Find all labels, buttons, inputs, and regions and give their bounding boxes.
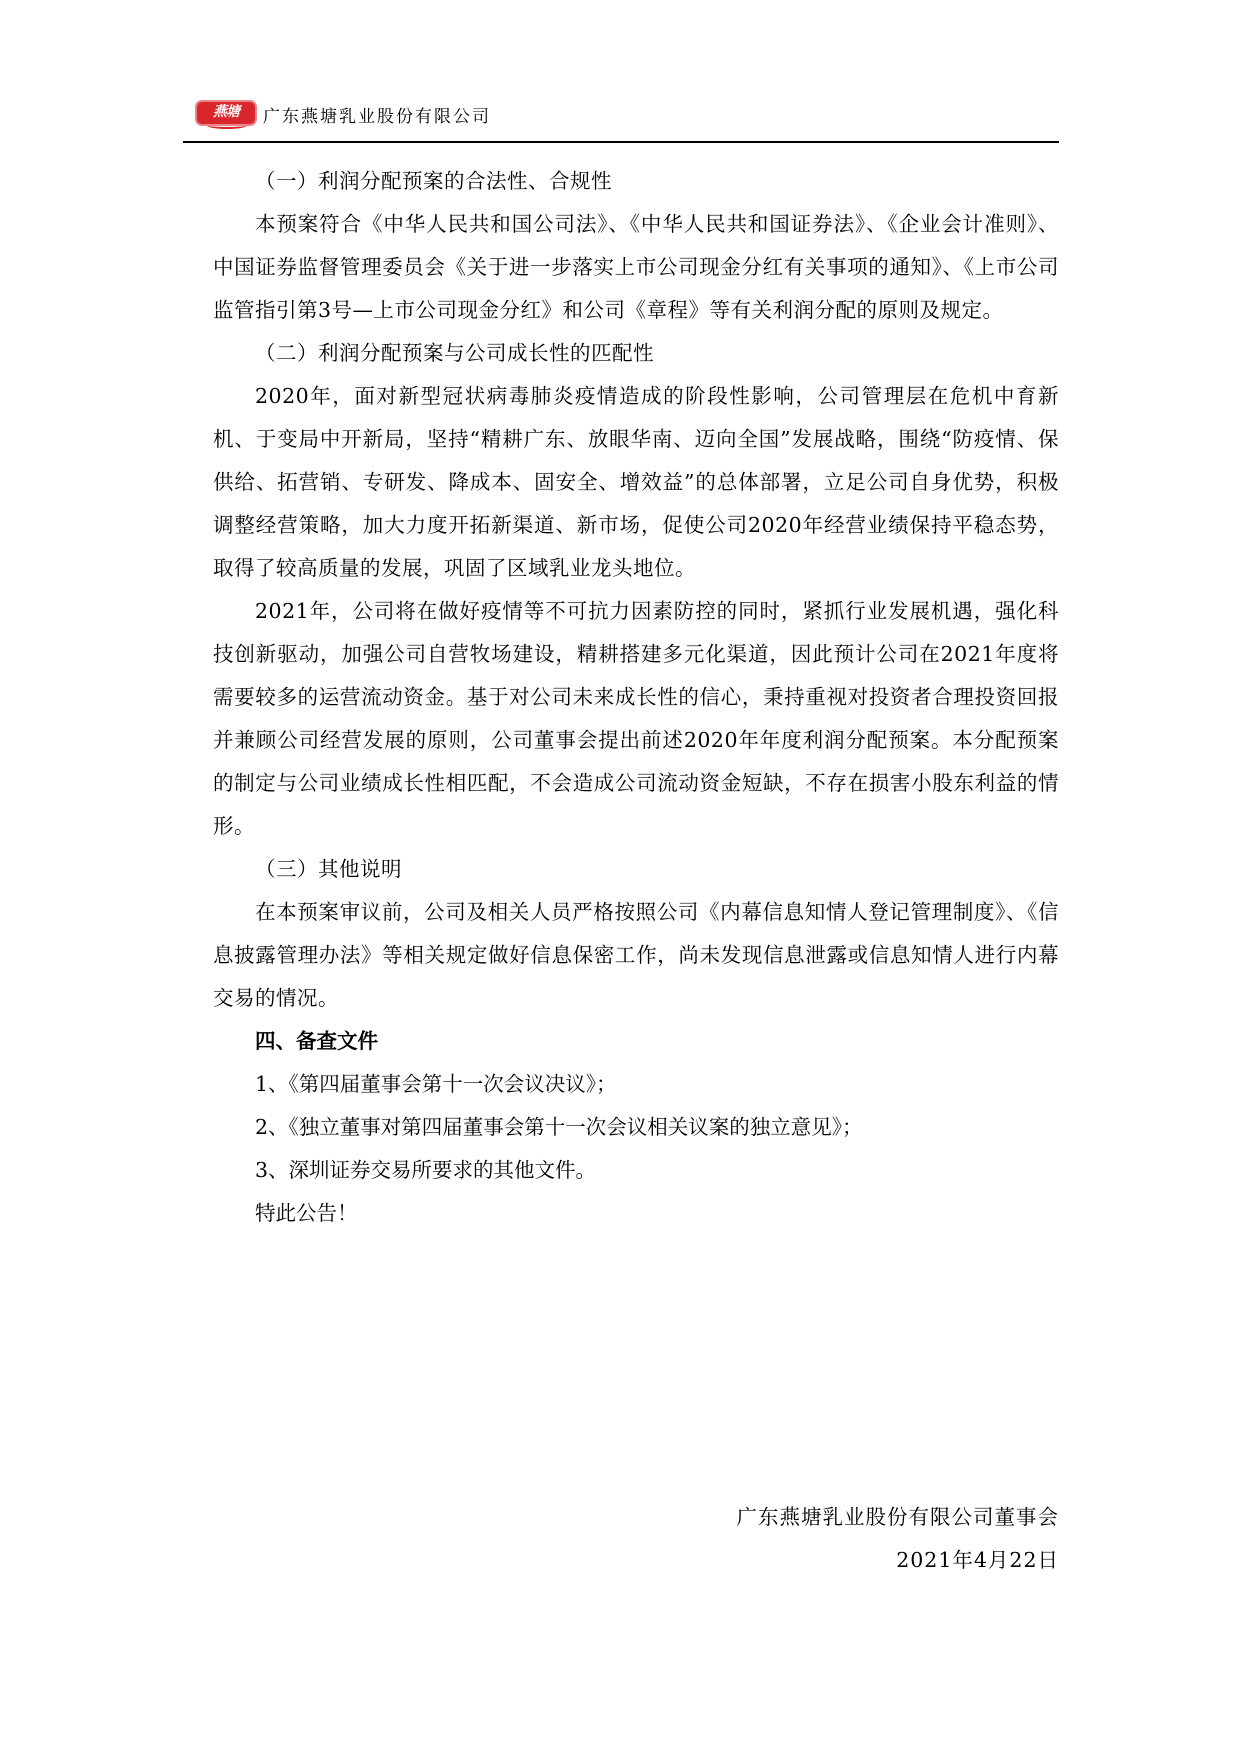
section-1-title: （一）利润分配预案的合法性、合规性	[213, 160, 1059, 203]
company-logo: 燕塘	[195, 100, 257, 126]
reference-doc-2: 2、《独立董事对第四届董事会第十一次会议相关议案的独立意见》；	[213, 1106, 1059, 1149]
signature-date: 2021年4月22日	[737, 1539, 1060, 1582]
reference-doc-1: 1、《第四届董事会第十一次会议决议》；	[213, 1063, 1059, 1106]
header-divider	[183, 141, 1059, 143]
page-header: 燕塘 广东燕塘乳业股份有限公司	[183, 98, 1059, 144]
section-2-title: （二）利润分配预案与公司成长性的匹配性	[213, 332, 1059, 375]
section-3-title: （三）其他说明	[213, 848, 1059, 891]
header-company-name: 广东燕塘乳业股份有限公司	[263, 106, 491, 128]
closing-statement: 特此公告！	[213, 1192, 1059, 1235]
section-3-paragraph: 在本预案审议前，公司及相关人员严格按照公司《内幕信息知情人登记管理制度》、《信息…	[213, 891, 1059, 1020]
document-body: （一）利润分配预案的合法性、合规性 本预案符合《中华人民共和国公司法》、《中华人…	[213, 160, 1059, 1235]
signature-block: 广东燕塘乳业股份有限公司董事会 2021年4月22日	[737, 1496, 1060, 1582]
section-4-heading: 四、备查文件	[213, 1020, 1059, 1063]
reference-doc-3: 3、深圳证券交易所要求的其他文件。	[213, 1149, 1059, 1192]
section-2-paragraph-1: 2020年，面对新型冠状病毒肺炎疫情造成的阶段性影响，公司管理层在危机中育新机、…	[213, 375, 1059, 590]
signature-org: 广东燕塘乳业股份有限公司董事会	[737, 1496, 1060, 1539]
section-2-paragraph-2: 2021年，公司将在做好疫情等不可抗力因素防控的同时，紧抓行业发展机遇，强化科技…	[213, 590, 1059, 848]
section-1-paragraph: 本预案符合《中华人民共和国公司法》、《中华人民共和国证券法》、《企业会计准则》、…	[213, 203, 1059, 332]
